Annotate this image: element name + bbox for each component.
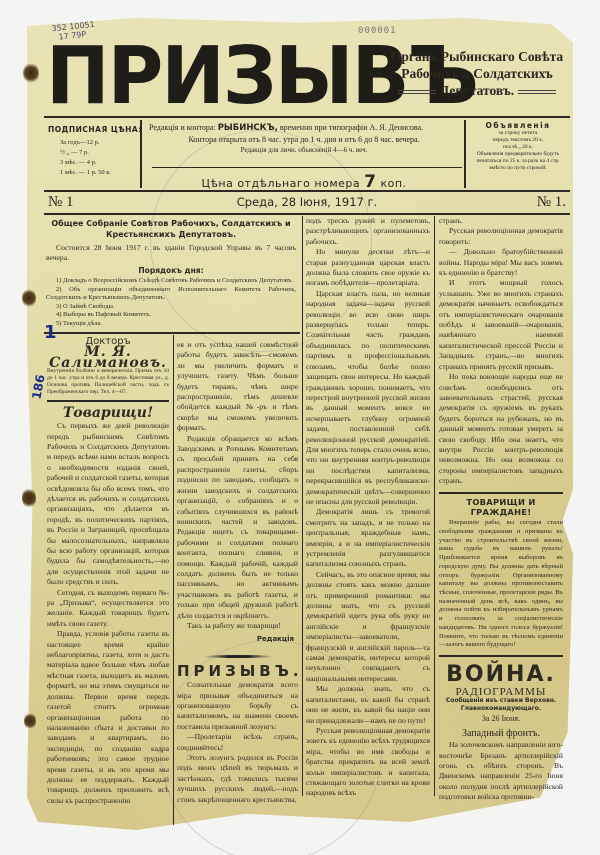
newspaper-title: ПРИЗЫВЪ bbox=[46, 38, 382, 114]
issue-price: Цѣна отдѣльнаго номера 7 коп. bbox=[145, 172, 463, 192]
column-4: странъ. Русская революціонная демократія… bbox=[439, 216, 563, 803]
agenda-title: Порядокъ дня: bbox=[46, 266, 296, 276]
agenda-item: 2) Объ организаціи объединеннаго Исполни… bbox=[46, 286, 296, 303]
issue-date: Среда, 28 Іюня, 1917 г. bbox=[44, 195, 570, 209]
agenda-item: 4) Выборы въ Пафовый Комитетъ. bbox=[46, 311, 296, 320]
notice-rule bbox=[44, 332, 300, 334]
subscription-title: ПОДПИСНАЯ ЦѢНА: bbox=[48, 125, 142, 134]
signature: Редакція bbox=[177, 634, 294, 644]
dateline: № 1 Среда, 28 Іюня, 1917 г. № 1. bbox=[44, 192, 570, 212]
binding-hole-stain bbox=[23, 62, 39, 84]
ads-rates: Объявленія за строку петита передъ текст… bbox=[468, 122, 568, 172]
war-front: Западный фронтъ. bbox=[439, 729, 563, 739]
ornament-rule bbox=[398, 90, 436, 94]
binding-hole-stain bbox=[24, 712, 36, 730]
agenda-list: 1) Докладъ о Всероссійскомъ Съѣздѣ Совѣт… bbox=[46, 277, 296, 328]
agenda-item: 5) Текущія дѣла. bbox=[46, 320, 296, 329]
appeal-title: Товарищи! bbox=[47, 408, 169, 418]
ornament-divider bbox=[203, 655, 273, 658]
column-rule bbox=[434, 216, 435, 796]
war-date: За 26 Іюня. bbox=[439, 714, 563, 724]
header-divider bbox=[140, 120, 142, 188]
editorial-info: Редакція и контора: РЫБИНСКЪ, временно п… bbox=[145, 122, 463, 156]
doctor-ad: Докторъ М. Я. Салимановъ. Внутреннія бол… bbox=[47, 337, 169, 396]
box-rule bbox=[439, 655, 563, 657]
subscription-rates: За годъ—12 р. ½ „ — 7 р. 3 мѣс. — 4 р. 1… bbox=[60, 138, 111, 178]
box-rule bbox=[439, 492, 563, 494]
agenda-item: 3) О Займѣ Свободы. bbox=[46, 303, 296, 312]
header-divider bbox=[464, 120, 466, 188]
column-rule bbox=[173, 335, 174, 825]
organ-subtitle: Органъ Рыбинскаго Совѣта Рабочихъ и Солд… bbox=[382, 48, 572, 99]
column-1: Докторъ М. Я. Салимановъ. Внутреннія бол… bbox=[47, 337, 169, 806]
meeting-title: Общее Собраніе Совѣтов Рабочихъ, Солдатс… bbox=[46, 218, 296, 240]
archive-stamp-number: 1 bbox=[44, 322, 57, 343]
binding-hole-stain bbox=[22, 288, 36, 308]
article-title: ПРИЗЫВЪ. bbox=[177, 666, 298, 676]
war-source: Сообщенія изъ ставки Верховн. Главнокома… bbox=[439, 697, 563, 712]
binding-hole-stain bbox=[22, 487, 36, 509]
ad-rule bbox=[47, 400, 169, 402]
masthead-rule bbox=[44, 116, 570, 118]
price-rule bbox=[152, 167, 462, 168]
column-3: подъ трескъ ружей и пулеметовъ, разстрѣл… bbox=[306, 216, 430, 799]
citizens-appeal-title: ТОВАРИЩИ И ГРАЖДАНЕ! bbox=[439, 497, 563, 518]
dateline-bottom-rule bbox=[44, 213, 570, 215]
war-subtitle: РАДІОГРАММЫ bbox=[439, 687, 563, 697]
meeting-notice: Общее Собраніе Совѣтов Рабочихъ, Солдатс… bbox=[46, 218, 296, 328]
column-rule bbox=[302, 216, 303, 796]
war-title: ВОЙНА. bbox=[439, 663, 563, 687]
issue-number: № 1. bbox=[537, 194, 566, 211]
ornament-rule bbox=[518, 90, 556, 94]
column-2: ея и отъ успѣха нашей совмѣстной работы … bbox=[177, 340, 298, 805]
citizens-appeal-text: Вчерашніе рабы, вы сегодня стали свободн… bbox=[439, 519, 563, 650]
agenda-item: 1) Докладъ о Всероссійскомъ Съѣздѣ Совѣт… bbox=[46, 277, 296, 286]
